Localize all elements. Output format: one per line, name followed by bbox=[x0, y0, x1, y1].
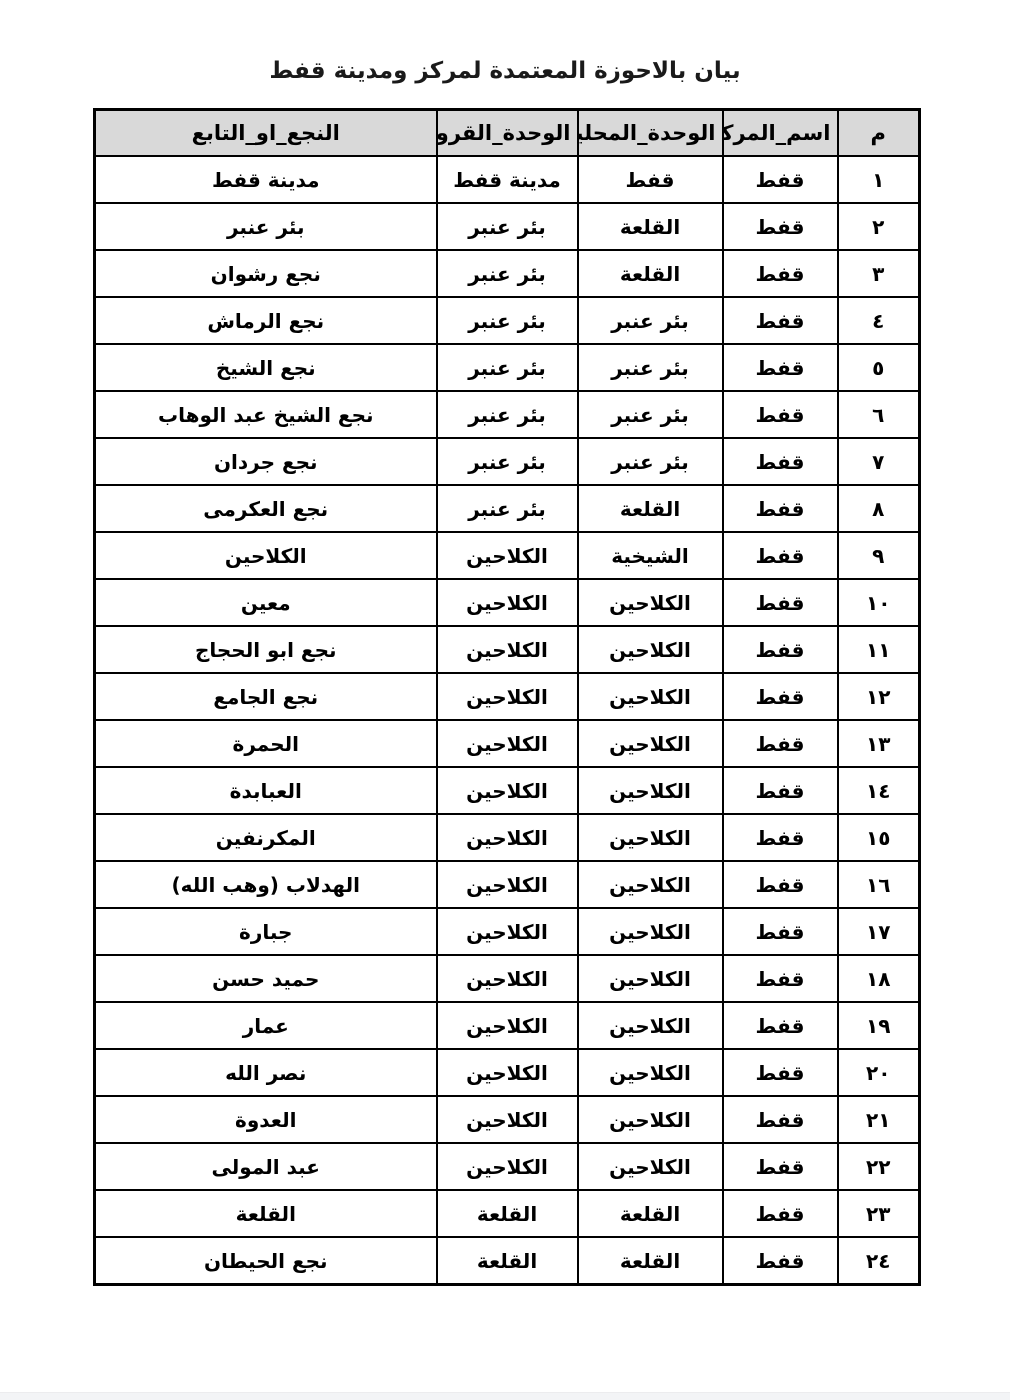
cell-center-name: قفط bbox=[723, 391, 838, 438]
cell-village-unit: الكلاحين bbox=[437, 626, 578, 673]
cell-village-unit: مدينة قفط bbox=[437, 156, 578, 203]
cell-hamlet: نجع الرماش bbox=[95, 297, 437, 344]
cell-village-unit: الكلاحين bbox=[437, 908, 578, 955]
table-row: ٢٤ قفط القلعة القلعة نجع الحيطان bbox=[95, 1237, 920, 1285]
cell-local-unit: الكلاحين bbox=[578, 1049, 723, 1096]
table-row: ٥ قفط بئر عنبر بئر عنبر نجع الشيخ bbox=[95, 344, 920, 391]
cell-village-unit: بئر عنبر bbox=[437, 485, 578, 532]
cell-hamlet: نجع الحيطان bbox=[95, 1237, 437, 1285]
cell-center-name: قفط bbox=[723, 203, 838, 250]
cell-local-unit: الكلاحين bbox=[578, 814, 723, 861]
table-row: ٧ قفط بئر عنبر بئر عنبر نجع جردان bbox=[95, 438, 920, 485]
cell-serial: ١٢ bbox=[838, 673, 920, 720]
cell-center-name: قفط bbox=[723, 814, 838, 861]
cell-serial: ٤ bbox=[838, 297, 920, 344]
cell-local-unit: الكلاحين bbox=[578, 1143, 723, 1190]
cell-center-name: قفط bbox=[723, 344, 838, 391]
cell-serial: ٢ bbox=[838, 203, 920, 250]
cell-center-name: قفط bbox=[723, 1143, 838, 1190]
document-page: بيان بالاحوزة المعتمدة لمركز ومدينة قفط … bbox=[0, 0, 1010, 1400]
cell-local-unit: الكلاحين bbox=[578, 1002, 723, 1049]
table-row: ٢١ قفط الكلاحين الكلاحين العدوة bbox=[95, 1096, 920, 1143]
header-center-name: اسم_المركز bbox=[723, 110, 838, 157]
cell-serial: ١١ bbox=[838, 626, 920, 673]
page-title: بيان بالاحوزة المعتمدة لمركز ومدينة قفط bbox=[0, 58, 1010, 84]
cell-village-unit: بئر عنبر bbox=[437, 250, 578, 297]
cell-serial: ٣ bbox=[838, 250, 920, 297]
cell-hamlet: جبارة bbox=[95, 908, 437, 955]
cell-center-name: قفط bbox=[723, 438, 838, 485]
cell-local-unit: القلعة bbox=[578, 485, 723, 532]
cell-hamlet: نجع العكرمى bbox=[95, 485, 437, 532]
cell-center-name: قفط bbox=[723, 720, 838, 767]
cell-hamlet: نجع رشوان bbox=[95, 250, 437, 297]
cell-hamlet: الهدلاب (وهب الله) bbox=[95, 861, 437, 908]
cell-local-unit: القلعة bbox=[578, 250, 723, 297]
cell-village-unit: بئر عنبر bbox=[437, 297, 578, 344]
table-row: ١٦ قفط الكلاحين الكلاحين الهدلاب (وهب ال… bbox=[95, 861, 920, 908]
cell-village-unit: الكلاحين bbox=[437, 532, 578, 579]
cell-village-unit: الكلاحين bbox=[437, 1002, 578, 1049]
cell-serial: ٢٤ bbox=[838, 1237, 920, 1285]
table-row: ٢٣ قفط القلعة القلعة القلعة bbox=[95, 1190, 920, 1237]
cell-center-name: قفط bbox=[723, 767, 838, 814]
cell-local-unit: الكلاحين bbox=[578, 955, 723, 1002]
table-row: ١٧ قفط الكلاحين الكلاحين جبارة bbox=[95, 908, 920, 955]
cell-serial: ٦ bbox=[838, 391, 920, 438]
table-body: ١ قفط قفط مدينة قفط مدينة قفط ٢ قفط القل… bbox=[95, 156, 920, 1285]
cell-center-name: قفط bbox=[723, 579, 838, 626]
cell-local-unit: الكلاحين bbox=[578, 1096, 723, 1143]
cell-center-name: قفط bbox=[723, 673, 838, 720]
cell-hamlet: المكرنفين bbox=[95, 814, 437, 861]
header-village-unit: الوحدة_القروية bbox=[437, 110, 578, 157]
cell-local-unit: بئر عنبر bbox=[578, 344, 723, 391]
cell-center-name: قفط bbox=[723, 1237, 838, 1285]
cell-serial: ١٨ bbox=[838, 955, 920, 1002]
header-hamlet: النجع_او_التابع bbox=[95, 110, 437, 157]
cell-village-unit: الكلاحين bbox=[437, 767, 578, 814]
cell-local-unit: قفط bbox=[578, 156, 723, 203]
cell-local-unit: الكلاحين bbox=[578, 861, 723, 908]
table-row: ١٩ قفط الكلاحين الكلاحين عمار bbox=[95, 1002, 920, 1049]
header-row: م اسم_المركز الوحدة_المحلية الوحدة_القرو… bbox=[95, 110, 920, 157]
cell-center-name: قفط bbox=[723, 861, 838, 908]
cell-hamlet: العدوة bbox=[95, 1096, 437, 1143]
cell-center-name: قفط bbox=[723, 156, 838, 203]
cell-center-name: قفط bbox=[723, 626, 838, 673]
cell-hamlet: نجع الشيخ عبد الوهاب bbox=[95, 391, 437, 438]
cell-center-name: قفط bbox=[723, 955, 838, 1002]
cell-hamlet: نجع الجامع bbox=[95, 673, 437, 720]
cell-village-unit: الكلاحين bbox=[437, 955, 578, 1002]
table-row: ١٢ قفط الكلاحين الكلاحين نجع الجامع bbox=[95, 673, 920, 720]
cell-village-unit: الكلاحين bbox=[437, 1096, 578, 1143]
cell-local-unit: بئر عنبر bbox=[578, 438, 723, 485]
table-row: ١٥ قفط الكلاحين الكلاحين المكرنفين bbox=[95, 814, 920, 861]
cell-center-name: قفط bbox=[723, 250, 838, 297]
cell-local-unit: بئر عنبر bbox=[578, 297, 723, 344]
table-row: ١٤ قفط الكلاحين الكلاحين العبابدة bbox=[95, 767, 920, 814]
cell-serial: ٨ bbox=[838, 485, 920, 532]
cell-serial: ١٩ bbox=[838, 1002, 920, 1049]
cell-center-name: قفط bbox=[723, 1096, 838, 1143]
cell-center-name: قفط bbox=[723, 908, 838, 955]
cell-hamlet: العبابدة bbox=[95, 767, 437, 814]
cell-village-unit: بئر عنبر bbox=[437, 203, 578, 250]
cell-village-unit: الكلاحين bbox=[437, 579, 578, 626]
cell-local-unit: القلعة bbox=[578, 1237, 723, 1285]
cell-local-unit: الكلاحين bbox=[578, 767, 723, 814]
table-row: ١٠ قفط الكلاحين الكلاحين معين bbox=[95, 579, 920, 626]
table-header: م اسم_المركز الوحدة_المحلية الوحدة_القرو… bbox=[95, 110, 920, 157]
cell-center-name: قفط bbox=[723, 532, 838, 579]
cell-serial: ١٠ bbox=[838, 579, 920, 626]
cell-local-unit: الكلاحين bbox=[578, 908, 723, 955]
cell-hamlet: نجع جردان bbox=[95, 438, 437, 485]
cell-center-name: قفط bbox=[723, 1049, 838, 1096]
cell-center-name: قفط bbox=[723, 1190, 838, 1237]
cell-serial: ١٥ bbox=[838, 814, 920, 861]
cell-hamlet: نجع ابو الحجاج bbox=[95, 626, 437, 673]
cell-serial: ٢١ bbox=[838, 1096, 920, 1143]
cell-serial: ٧ bbox=[838, 438, 920, 485]
cell-serial: ٥ bbox=[838, 344, 920, 391]
districts-table: م اسم_المركز الوحدة_المحلية الوحدة_القرو… bbox=[93, 108, 921, 1286]
cell-village-unit: الكلاحين bbox=[437, 861, 578, 908]
table-row: ١٣ قفط الكلاحين الكلاحين الحمرة bbox=[95, 720, 920, 767]
cell-serial: ١٤ bbox=[838, 767, 920, 814]
table-row: ٢٠ قفط الكلاحين الكلاحين نصر الله bbox=[95, 1049, 920, 1096]
table-row: ٣ قفط القلعة بئر عنبر نجع رشوان bbox=[95, 250, 920, 297]
cell-village-unit: بئر عنبر bbox=[437, 344, 578, 391]
table-row: ١١ قفط الكلاحين الكلاحين نجع ابو الحجاج bbox=[95, 626, 920, 673]
cell-village-unit: الكلاحين bbox=[437, 720, 578, 767]
cell-serial: ٩ bbox=[838, 532, 920, 579]
cell-village-unit: بئر عنبر bbox=[437, 438, 578, 485]
cell-center-name: قفط bbox=[723, 1002, 838, 1049]
cell-hamlet: معين bbox=[95, 579, 437, 626]
cell-serial: ١٦ bbox=[838, 861, 920, 908]
cell-serial: ١٧ bbox=[838, 908, 920, 955]
cell-local-unit: الكلاحين bbox=[578, 579, 723, 626]
cell-serial: ١ bbox=[838, 156, 920, 203]
cell-center-name: قفط bbox=[723, 297, 838, 344]
cell-village-unit: الكلاحين bbox=[437, 1049, 578, 1096]
cell-village-unit: القلعة bbox=[437, 1190, 578, 1237]
cell-hamlet: الكلاحين bbox=[95, 532, 437, 579]
header-serial: م bbox=[838, 110, 920, 157]
cell-local-unit: الكلاحين bbox=[578, 673, 723, 720]
cell-center-name: قفط bbox=[723, 485, 838, 532]
cell-village-unit: القلعة bbox=[437, 1237, 578, 1285]
cell-serial: ١٣ bbox=[838, 720, 920, 767]
cell-village-unit: بئر عنبر bbox=[437, 391, 578, 438]
header-local-unit: الوحدة_المحلية bbox=[578, 110, 723, 157]
table-row: ١٨ قفط الكلاحين الكلاحين حميد حسن bbox=[95, 955, 920, 1002]
cell-local-unit: القلعة bbox=[578, 1190, 723, 1237]
cell-local-unit: الكلاحين bbox=[578, 720, 723, 767]
cell-hamlet: عبد المولى bbox=[95, 1143, 437, 1190]
table-row: ٨ قفط القلعة بئر عنبر نجع العكرمى bbox=[95, 485, 920, 532]
cell-local-unit: الكلاحين bbox=[578, 626, 723, 673]
cell-local-unit: القلعة bbox=[578, 203, 723, 250]
cell-hamlet: عمار bbox=[95, 1002, 437, 1049]
cell-serial: ٢٣ bbox=[838, 1190, 920, 1237]
table-row: ٦ قفط بئر عنبر بئر عنبر نجع الشيخ عبد ال… bbox=[95, 391, 920, 438]
cell-hamlet: بئر عنبر bbox=[95, 203, 437, 250]
cell-hamlet: الحمرة bbox=[95, 720, 437, 767]
cell-serial: ٢٢ bbox=[838, 1143, 920, 1190]
cell-hamlet: مدينة قفط bbox=[95, 156, 437, 203]
cell-hamlet: نجع الشيخ bbox=[95, 344, 437, 391]
page-bottom-edge bbox=[0, 1392, 1010, 1400]
cell-local-unit: الشيخية bbox=[578, 532, 723, 579]
cell-village-unit: الكلاحين bbox=[437, 1143, 578, 1190]
cell-local-unit: بئر عنبر bbox=[578, 391, 723, 438]
cell-hamlet: نصر الله bbox=[95, 1049, 437, 1096]
table-row: ٤ قفط بئر عنبر بئر عنبر نجع الرماش bbox=[95, 297, 920, 344]
cell-hamlet: حميد حسن bbox=[95, 955, 437, 1002]
cell-village-unit: الكلاحين bbox=[437, 814, 578, 861]
table-row: ٩ قفط الشيخية الكلاحين الكلاحين bbox=[95, 532, 920, 579]
cell-serial: ٢٠ bbox=[838, 1049, 920, 1096]
table-row: ٢ قفط القلعة بئر عنبر بئر عنبر bbox=[95, 203, 920, 250]
cell-hamlet: القلعة bbox=[95, 1190, 437, 1237]
cell-village-unit: الكلاحين bbox=[437, 673, 578, 720]
table-row: ٢٢ قفط الكلاحين الكلاحين عبد المولى bbox=[95, 1143, 920, 1190]
table-row: ١ قفط قفط مدينة قفط مدينة قفط bbox=[95, 156, 920, 203]
